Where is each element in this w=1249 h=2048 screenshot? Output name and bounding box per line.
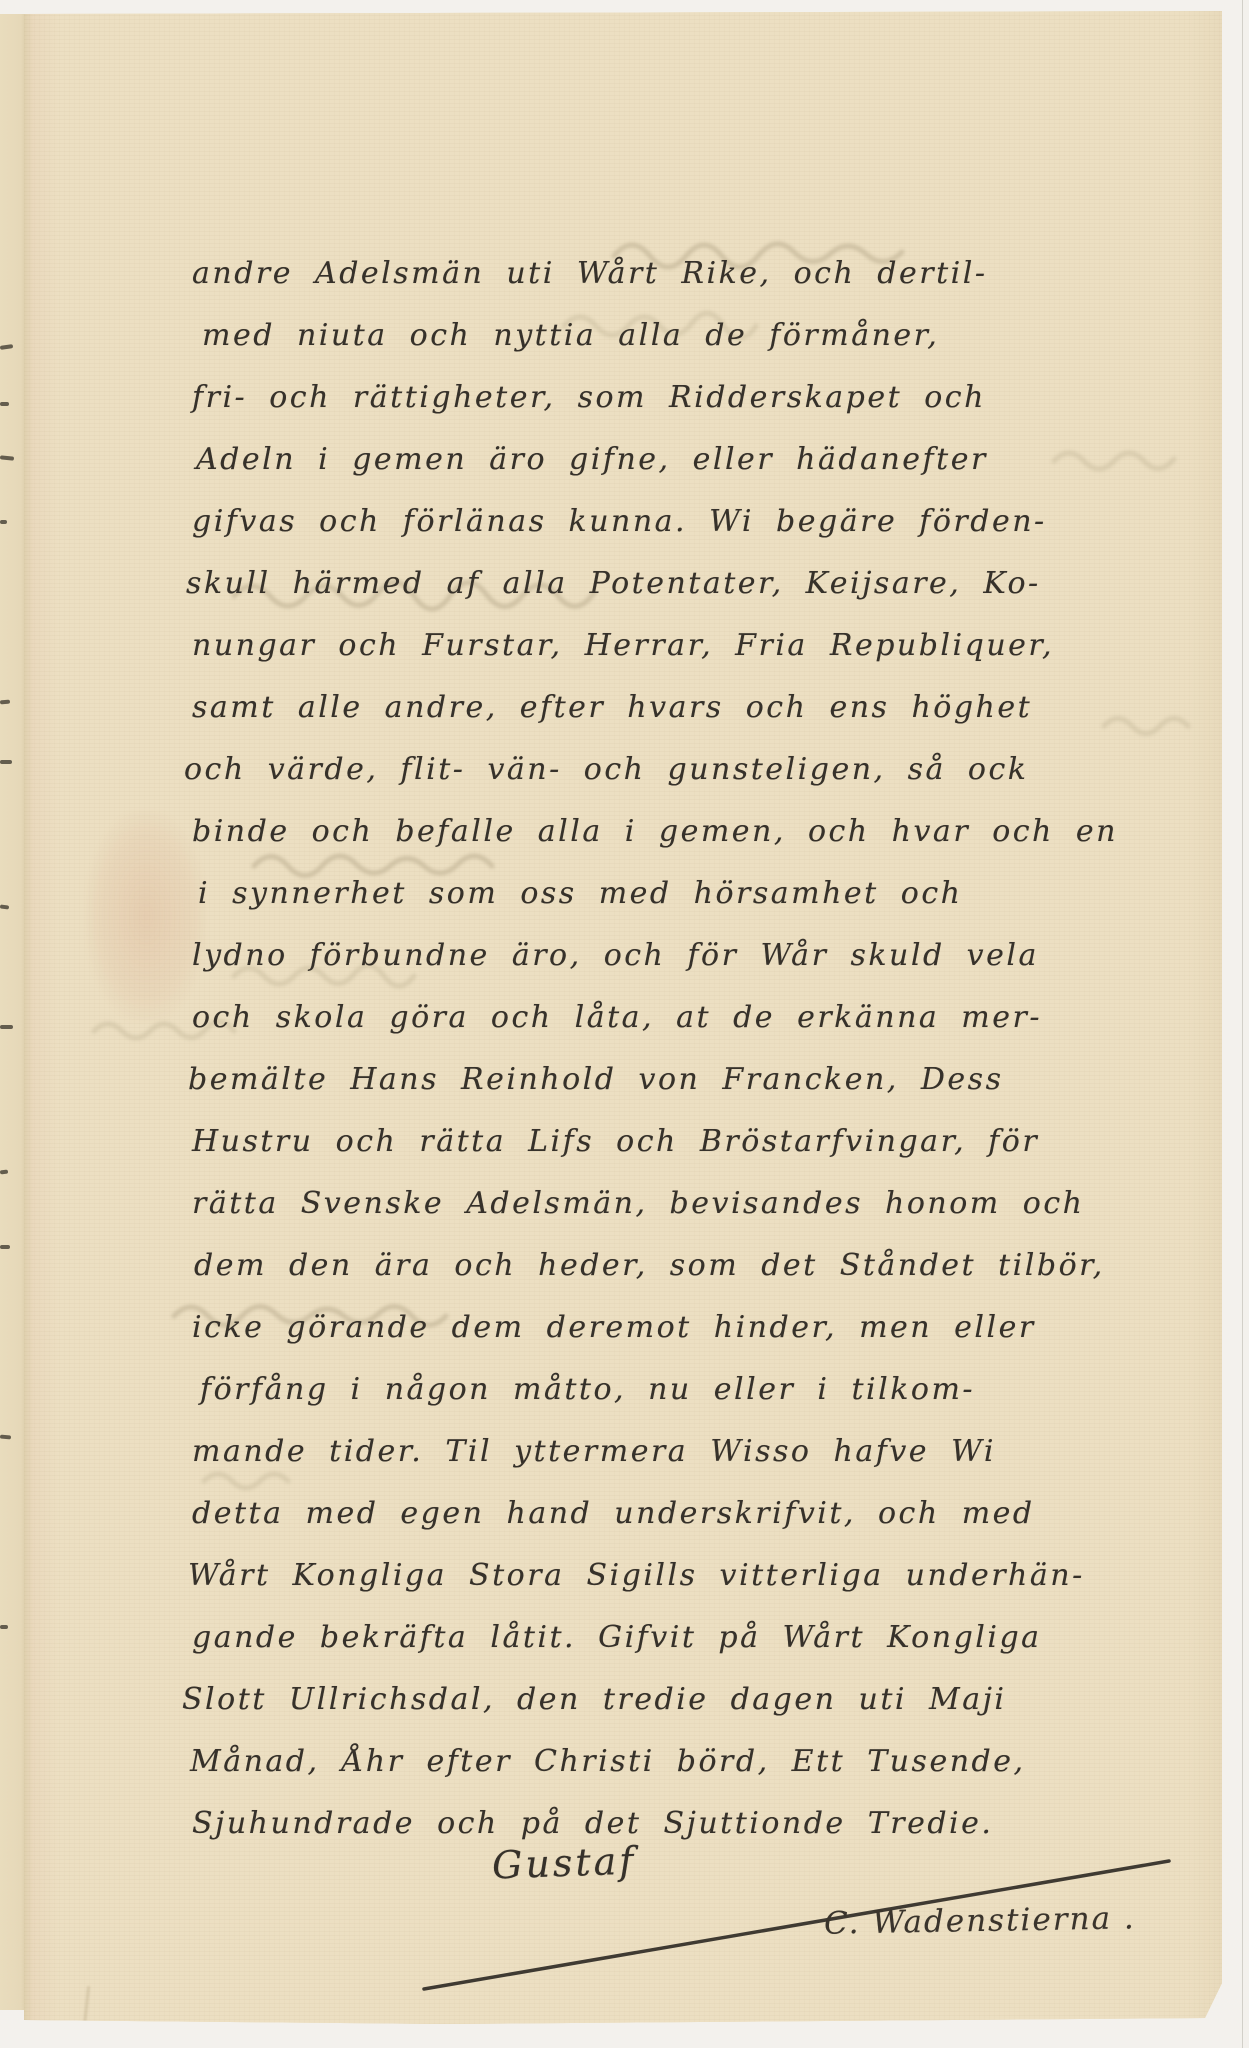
signature-flourish-line	[24, 11, 1222, 2048]
scanner-edge-artifact	[1242, 0, 1243, 2048]
countersignature: C. Wadenstierna .	[824, 1900, 1136, 1941]
manuscript-page: andre Adelsmän uti Wårt Rike, och dertil…	[24, 11, 1222, 2048]
margin-ink-mark	[0, 402, 9, 406]
margin-ink-mark	[0, 1625, 8, 1629]
margin-ink-mark	[0, 1025, 13, 1029]
margin-ink-mark	[0, 1245, 10, 1249]
scanned-document: andre Adelsmän uti Wårt Rike, och dertil…	[0, 0, 1249, 2048]
margin-ink-mark	[0, 520, 7, 524]
margin-ink-mark	[0, 760, 12, 764]
margin-ink-mark	[0, 1435, 11, 1440]
